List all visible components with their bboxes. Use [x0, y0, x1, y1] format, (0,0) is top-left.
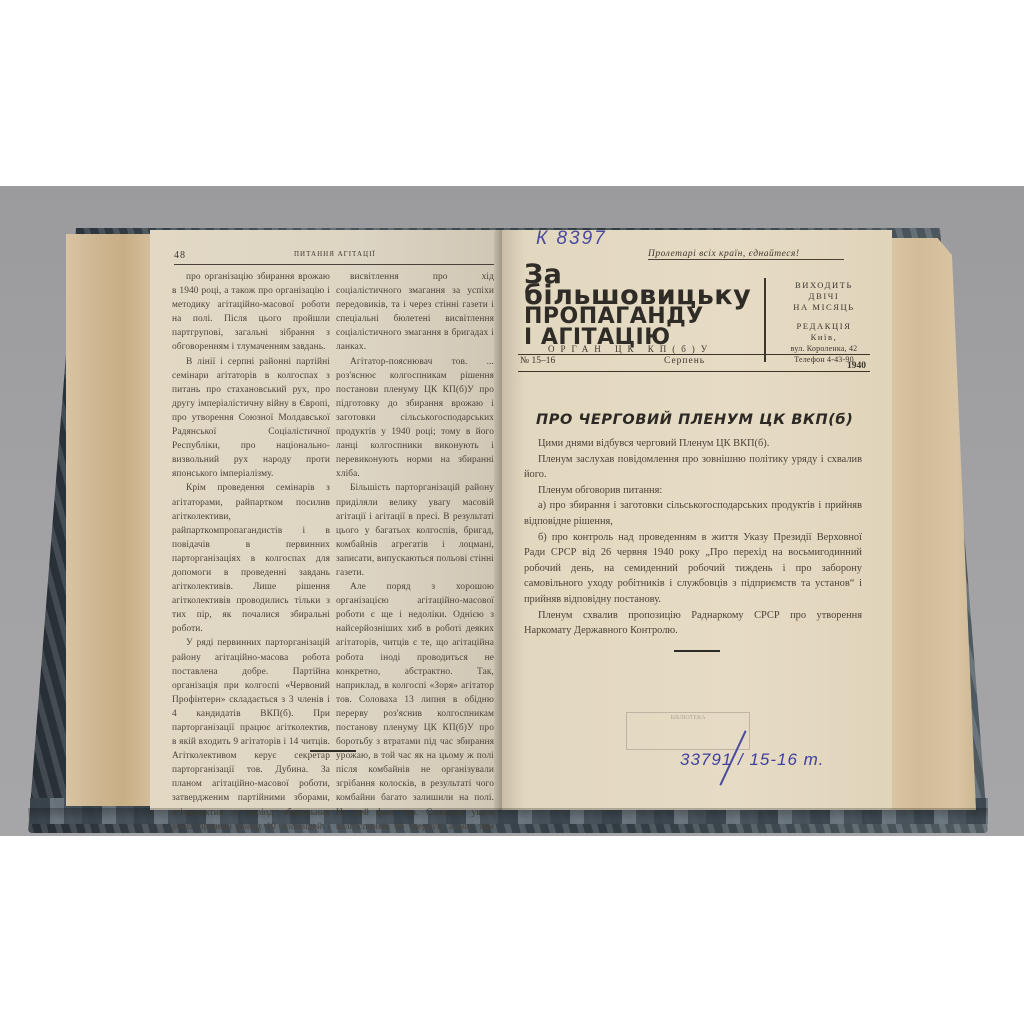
paragraph: У ряді первинних парторганізацій району … — [172, 636, 330, 836]
paragraph: Пленум заслухав повідомлення про зовнішн… — [524, 452, 862, 483]
info-line: Київ, — [772, 332, 876, 343]
book-photo: 48 ПИТАННЯ АГІТАЦІЇ про організацію збир… — [0, 186, 1024, 836]
paragraph: б) про контроль над проведенням в життя … — [524, 530, 862, 608]
masthead-line: За більшовицьку — [524, 264, 764, 306]
issue-year: 1940 — [847, 361, 866, 371]
library-stamp: БІБЛІОТЕКА — [626, 712, 750, 750]
paragraph: Крім проведення семінарів з агітаторами,… — [172, 481, 330, 636]
paragraph: про організацію збирання врожаю в 1940 р… — [172, 270, 330, 355]
left-page-header: 48 ПИТАННЯ АГІТАЦІЇ — [174, 250, 494, 265]
left-column-2: висвітлення про хід соціалістичного змаг… — [336, 270, 494, 836]
masthead-title: За більшовицьку пропаганду і агітацію — [524, 264, 764, 348]
info-line: НА МІСЯЦЬ — [772, 302, 876, 313]
issue-month: Серпень — [664, 356, 705, 366]
masthead-divider — [764, 278, 766, 362]
paragraph: висвітлення про хід соціалістичного змаг… — [336, 270, 494, 355]
paragraph: Пленум схвалив пропозицію Раднаркому СРС… — [524, 608, 862, 639]
running-head: ПИТАННЯ АГІТАЦІЇ — [294, 250, 376, 258]
info-line: ВИХОДИТЬ — [772, 280, 876, 291]
page-number: 48 — [174, 250, 186, 261]
handwritten-inventory-number: 33791 / 15-16 т. — [680, 750, 824, 770]
info-line: РЕДАКЦІЯ — [772, 321, 876, 332]
publication-info: ВИХОДИТЬ ДВІЧІ НА МІСЯЦЬ РЕДАКЦІЯ Київ, … — [772, 280, 876, 365]
left-page: 48 ПИТАННЯ АГІТАЦІЇ про організацію збир… — [150, 230, 502, 810]
handwritten-catalog-number: К 8397 — [536, 228, 607, 250]
left-column-1: про організацію збирання врожаю в 1940 р… — [172, 270, 330, 836]
paragraph: В лінії і серпні районні партійні семіна… — [172, 355, 330, 482]
article-body: Цими днями відбувся черговий Пленум ЦК В… — [524, 436, 862, 639]
info-line: вул. Короленка, 42 — [772, 343, 876, 354]
organ-line: ОРГАН ЦК КП(б)У — [548, 344, 713, 354]
paragraph: Цими днями відбувся черговий Пленум ЦК В… — [524, 436, 862, 452]
paragraph: Агітатор-пояснювач тов. ... роз'яснює ко… — [336, 355, 494, 482]
article-title: ПРО ЧЕРГОВИЙ ПЛЕНУМ ЦК ВКП(б) — [536, 412, 853, 428]
end-rule — [674, 650, 720, 652]
end-rule — [310, 750, 356, 752]
info-line: ДВІЧІ — [772, 291, 876, 302]
issue-bar: № 15–16 Серпень 1940 — [518, 354, 870, 372]
paragraph: Пленум обговорив питання: — [524, 483, 862, 499]
right-page: К 8397 Пролетарі всіх країн, єднайтеся! … — [502, 230, 892, 810]
right-page-block-edge — [880, 238, 976, 810]
paragraph: а) про збирання і заготовки сільськогосп… — [524, 498, 862, 529]
paragraph: Але поряд з хорошою організацією агітаці… — [336, 580, 494, 836]
paragraph: Більшість парторганізацій району приділя… — [336, 481, 494, 580]
page-shadow — [28, 808, 988, 820]
slogan: Пролетарі всіх країн, єднайтеся! — [648, 249, 844, 260]
issue-number: № 15–16 — [520, 356, 555, 366]
